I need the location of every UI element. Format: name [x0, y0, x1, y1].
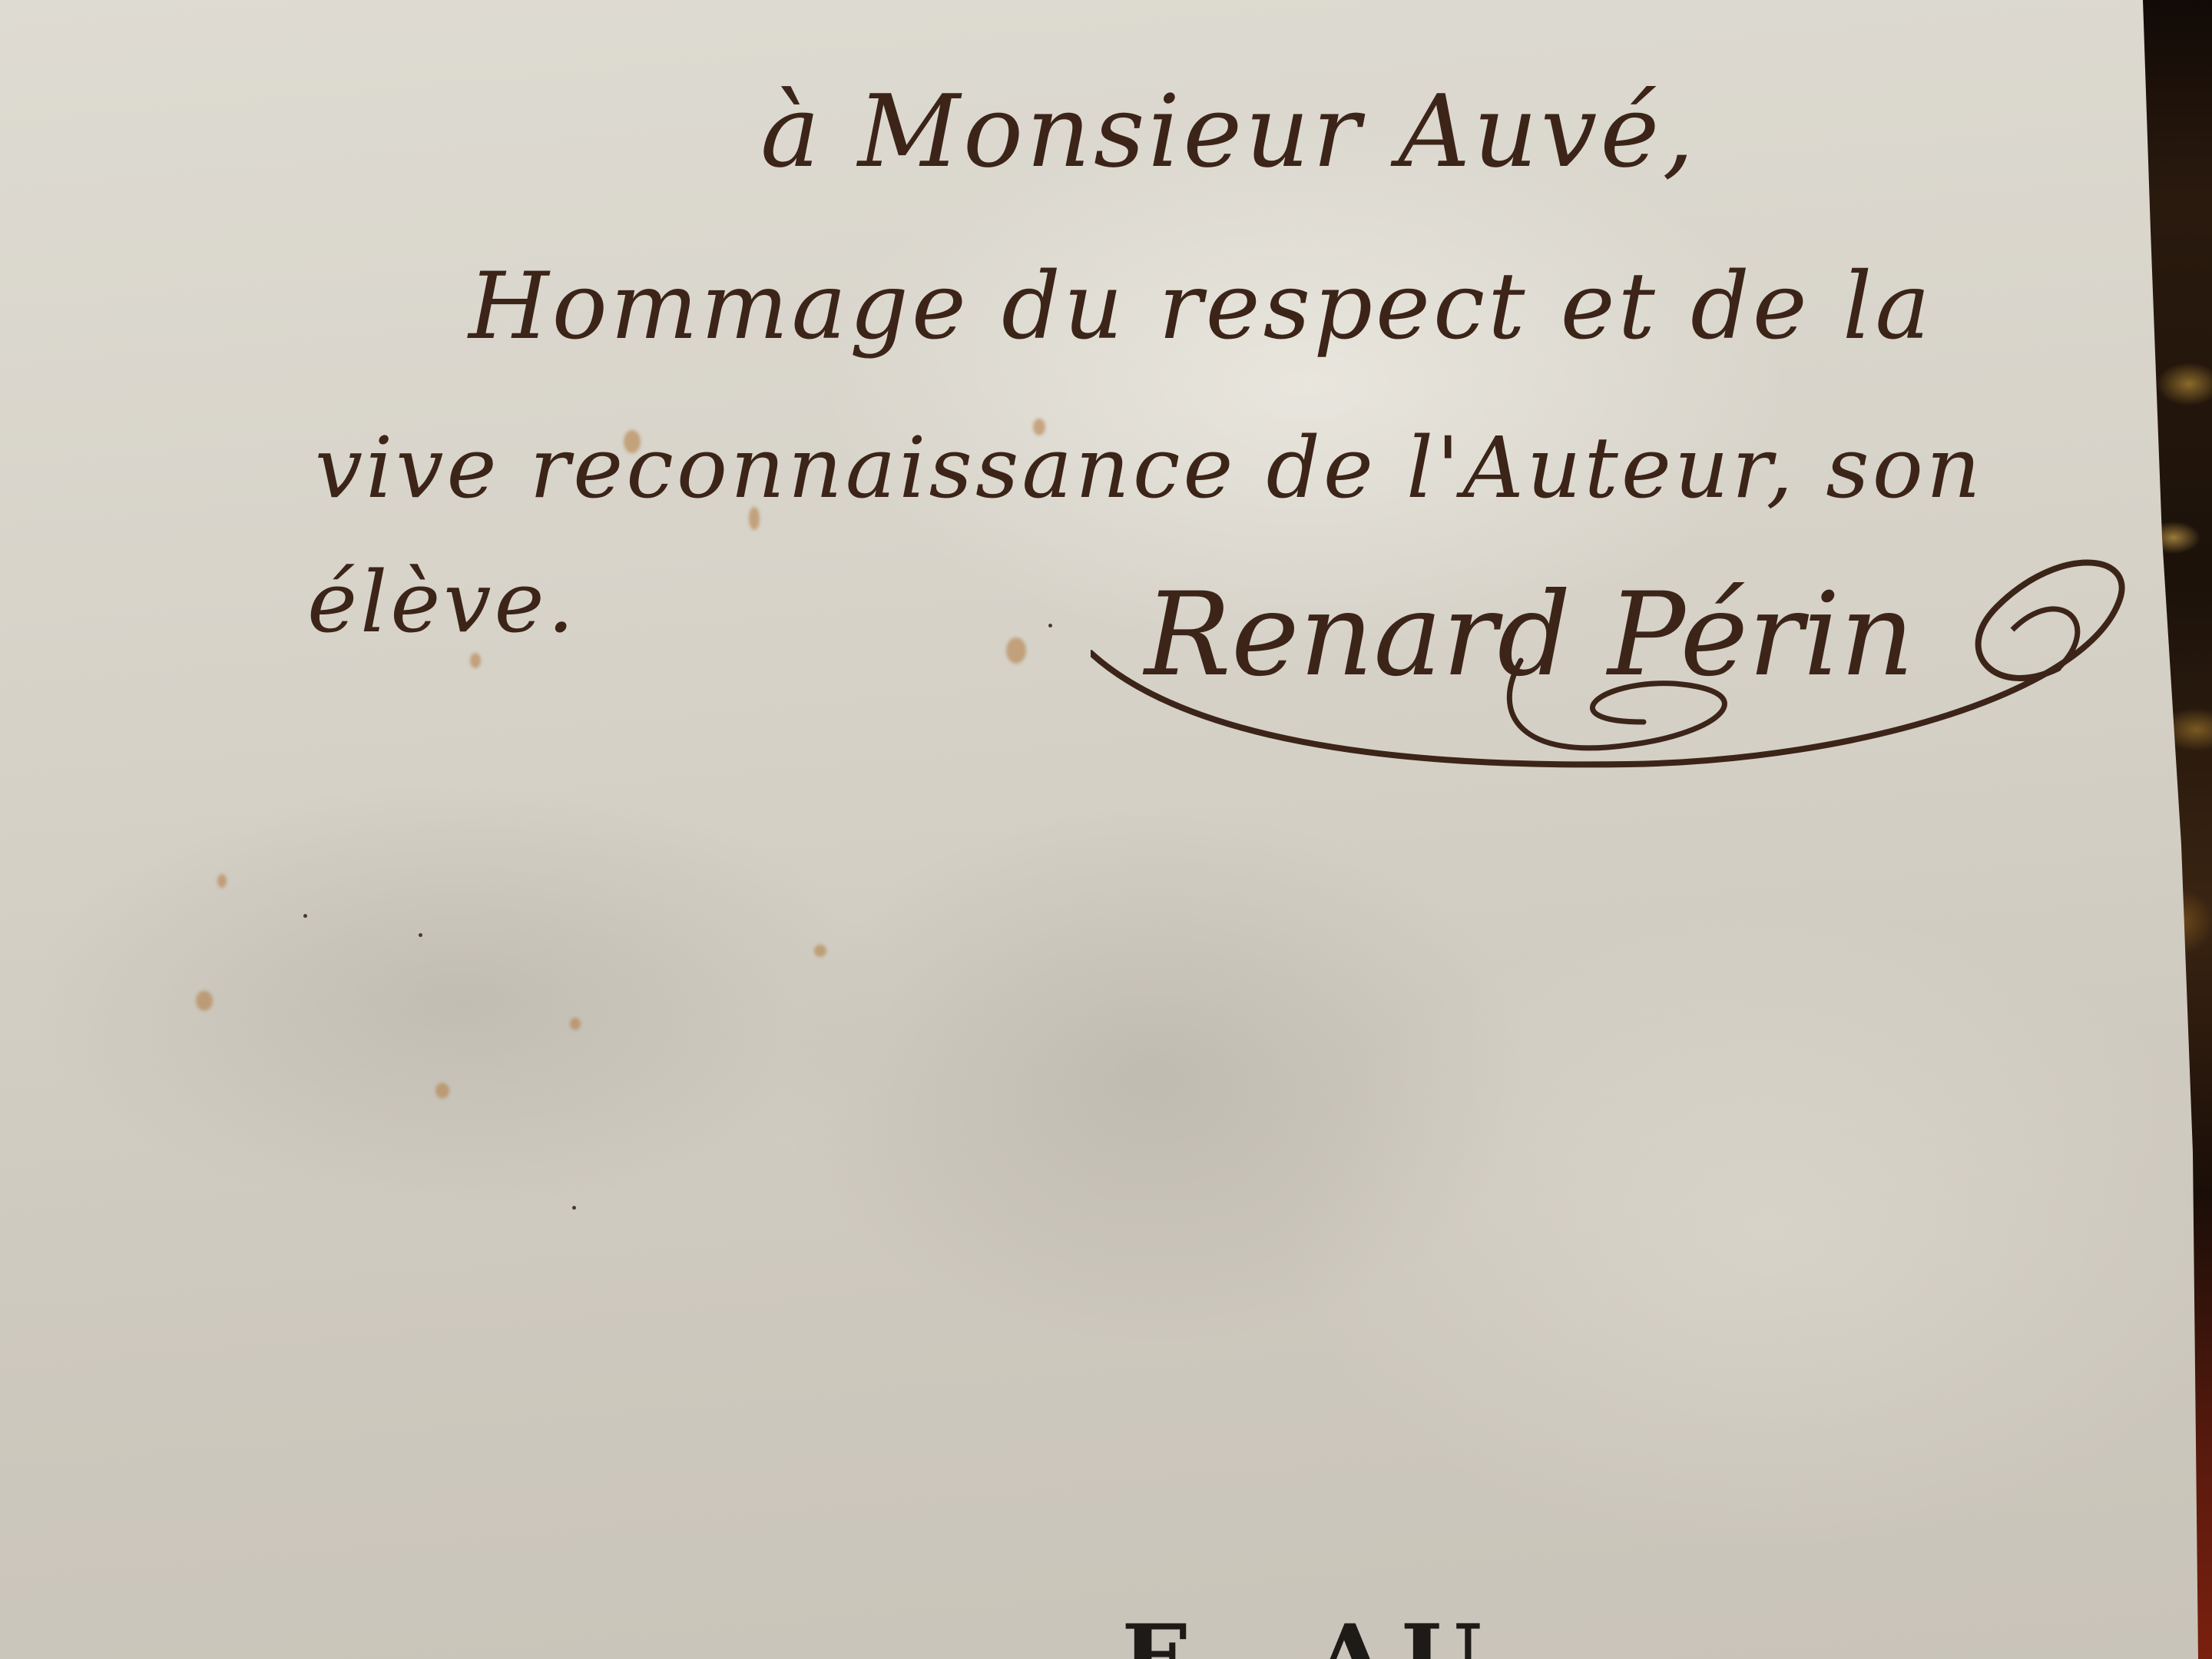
paper-speck	[572, 1206, 576, 1210]
foxing-stain	[570, 1018, 581, 1030]
signature: Renard Périn	[1091, 538, 2151, 783]
foxing-stain	[814, 945, 826, 957]
foxing-stain	[1006, 637, 1026, 664]
signature-name: Renard Périn	[1144, 568, 1914, 702]
flyleaf-page: à Monsieur Auvé, Hommage du respect et d…	[0, 0, 2212, 1659]
foxing-stain	[217, 874, 227, 888]
foxing-stain	[435, 1083, 449, 1098]
printed-title-partial: É…AU	[1121, 1621, 1497, 1659]
dedication-line-1: à Monsieur Auvé,	[760, 73, 1697, 190]
dedication-line-2: Hommage du respect et de la	[469, 253, 1933, 360]
paper-speck	[303, 914, 307, 918]
dedication-line-3: vive reconnaissance de l'Auteur, son	[315, 419, 1984, 517]
foxing-stain	[196, 991, 213, 1011]
dedication-line-4: élève.	[307, 553, 578, 651]
paper-speck	[419, 933, 422, 937]
paper-speck	[1048, 624, 1052, 628]
foxing-stain	[470, 653, 481, 668]
